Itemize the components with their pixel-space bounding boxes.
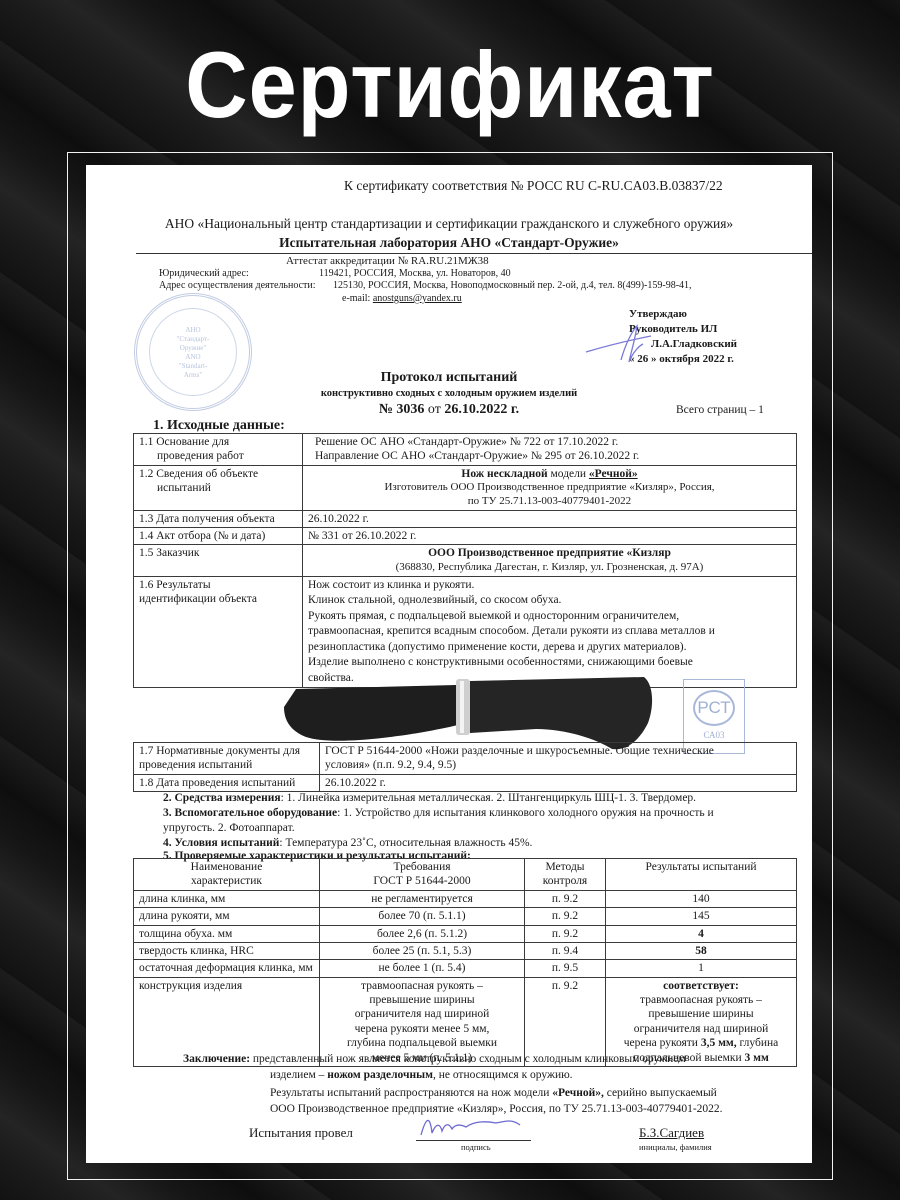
certificate-reference: К сертификату соответствия № РОСС RU C-R… — [344, 178, 723, 195]
section-2: 2. Средства измерения: 1. Линейка измери… — [163, 791, 803, 805]
signature-caption: подпись — [461, 1142, 491, 1153]
table-row: 1.4 Акт отбора (№ и дата) № 331 от 26.10… — [134, 528, 797, 545]
protocol-subtitle: конструктивно сходных с холодным оружием… — [86, 387, 812, 400]
table-row: длина рукояти, ммболее 70 (п. 5.1.1)п. 9… — [134, 908, 797, 925]
cell-name: длина рукояти, мм — [134, 908, 320, 925]
row-value: Нож нескладной модели «Речной» Изготовит… — [303, 465, 797, 510]
protocol-number-sep: от — [424, 402, 444, 417]
cell-name: остаточная деформация клинка, мм — [134, 960, 320, 977]
table-row: 1.8 Дата проведения испытаний 26.10.2022… — [134, 774, 797, 791]
email-label: e-mail: — [342, 293, 370, 304]
cell-name: твердость клинка, HRC — [134, 942, 320, 959]
section-3: 3. Вспомогательное оборудование: 1. Устр… — [163, 806, 803, 820]
tester-name: Б.З.Сагдиев — [639, 1125, 704, 1141]
cell-requirement: не регламентируется — [320, 890, 525, 907]
cell-name: толщина обуха. мм — [134, 925, 320, 942]
table-row: 1.6 Результатыидентификации объекта Нож … — [134, 576, 797, 688]
table-row: твердость клинка, HRCболее 25 (п. 5.1, 5… — [134, 942, 797, 959]
laboratory-name: Испытательная лаборатория АНО «Стандарт-… — [86, 235, 812, 252]
column-header: Наименованиехарактеристик — [134, 859, 320, 891]
row-label: 1.4 Акт отбора (№ и дата) — [134, 528, 303, 545]
cell-result: 140 — [606, 890, 797, 907]
section-3-cont: упругость. 2. Фотоаппарат. — [163, 821, 803, 835]
organization-name: АНО «Национальный центр стандартизации и… — [86, 216, 812, 233]
table-row: толщина обуха. ммболее 2,6 (п. 5.1.2)п. … — [134, 925, 797, 942]
activity-address-label: Адрес осуществления деятельности: — [159, 280, 316, 293]
row-label: 1.3 Дата получения объекта — [134, 510, 303, 527]
row-value: Решение ОС АНО «Стандарт-Оружие» № 722 о… — [303, 434, 797, 466]
legal-address: 119421, РОССИЯ, Москва, ул. Новаторов, 4… — [319, 268, 511, 281]
knife-photo — [276, 677, 656, 751]
row-label: 1.5 Заказчик — [134, 545, 303, 576]
protocol-number-value: № 3036 — [379, 402, 425, 417]
activity-address: 125130, РОССИЯ, Москва, Новоподмосковный… — [333, 280, 692, 293]
row-value: ГОСТ Р 51644-2000 «Ножи разделочные и шк… — [320, 743, 797, 775]
email-row: e-mail: anostguns@yandex.ru — [342, 293, 462, 306]
cell-method: п. 9.4 — [525, 942, 606, 959]
table-row: 1.2 Сведения об объектеиспытаний Нож нес… — [134, 465, 797, 510]
cell-requirement: более 25 (п. 5.1, 5.3) — [320, 942, 525, 959]
table-row: 1.1 Основание дляпроведения работ Решени… — [134, 434, 797, 466]
results-body: длина клинка, ммне регламентируетсяп. 9.… — [134, 890, 797, 977]
table-row: 1.5 Заказчик ООО Производственное предпр… — [134, 545, 797, 576]
row-value: Нож состоит из клинка и рукояти. Клинок … — [303, 576, 797, 688]
tester-label: Испытания провел — [249, 1125, 353, 1141]
table-row: остаточная деформация клинка, ммне более… — [134, 960, 797, 977]
protocol-date: 26.10.2022 г. — [444, 402, 519, 417]
cell-requirement: не более 1 (п. 5.4) — [320, 960, 525, 977]
approval-title: Утверждаю — [629, 307, 737, 322]
cell-requirement: более 70 (п. 5.1.1) — [320, 908, 525, 925]
row-label: 1.6 Результатыидентификации объекта — [134, 576, 303, 688]
test-results-table: Наименованиехарактеристик ТребованияГОСТ… — [133, 858, 797, 1067]
table-header-row: Наименованиехарактеристик ТребованияГОСТ… — [134, 859, 797, 891]
column-header: Результаты испытаний — [606, 859, 797, 891]
rst-code: СА03 — [684, 730, 744, 741]
conclusion: Заключение: представленный нож является … — [183, 1052, 803, 1117]
legal-address-label: Юридический адрес: — [159, 268, 249, 281]
approval-signature-icon — [581, 322, 671, 367]
table-row: 1.7 Нормативные документы дляпроведения … — [134, 743, 797, 775]
row-label: 1.7 Нормативные документы дляпроведения … — [134, 743, 320, 775]
row-value: 26.10.2022 г. — [303, 510, 797, 527]
accreditation: Аттестат аккредитации № RA.RU.21МЖ38 — [286, 255, 489, 269]
column-header: ТребованияГОСТ Р 51644-2000 — [320, 859, 525, 891]
cell-result: 4 — [606, 925, 797, 942]
column-header: Методыконтроля — [525, 859, 606, 891]
protocol-title: Протокол испытаний — [86, 369, 812, 387]
cell-method: п. 9.2 — [525, 908, 606, 925]
certificate-document: К сертификату соответствия № РОСС RU C-R… — [86, 165, 812, 1163]
table-row: 1.3 Дата получения объекта 26.10.2022 г. — [134, 510, 797, 527]
initial-data-table: 1.1 Основание дляпроведения работ Решени… — [133, 433, 797, 688]
name-caption: инициалы, фамилия — [639, 1142, 712, 1153]
page-title: Сертификат — [36, 38, 864, 132]
row-label: 1.8 Дата проведения испытаний — [134, 774, 320, 791]
cell-method: п. 9.5 — [525, 960, 606, 977]
table-row: длина клинка, ммне регламентируетсяп. 9.… — [134, 890, 797, 907]
cell-result: 58 — [606, 942, 797, 959]
email-link[interactable]: anostguns@yandex.ru — [373, 293, 462, 304]
cell-result: 1 — [606, 960, 797, 977]
header-divider — [136, 253, 812, 254]
row-label: 1.1 Основание дляпроведения работ — [134, 434, 303, 466]
cell-requirement: более 2,6 (п. 5.1.2) — [320, 925, 525, 942]
row-label: 1.2 Сведения об объектеиспытаний — [134, 465, 303, 510]
section-1-title: 1. Исходные данные: — [153, 417, 285, 435]
row-value: ООО Производственное предприятие «Кизляр… — [303, 545, 797, 576]
row-value: № 331 от 26.10.2022 г. — [303, 528, 797, 545]
cell-method: п. 9.2 — [525, 925, 606, 942]
page-count: Всего страниц – 1 — [676, 403, 764, 417]
tester-signature-icon — [416, 1113, 526, 1141]
cell-method: п. 9.2 — [525, 890, 606, 907]
cell-result: 145 — [606, 908, 797, 925]
rst-logo-icon: РСТ — [693, 690, 735, 726]
row-value: 26.10.2022 г. — [320, 774, 797, 791]
normative-table: 1.7 Нормативные документы дляпроведения … — [133, 742, 797, 792]
signature-line — [416, 1140, 531, 1141]
cell-name: длина клинка, мм — [134, 890, 320, 907]
